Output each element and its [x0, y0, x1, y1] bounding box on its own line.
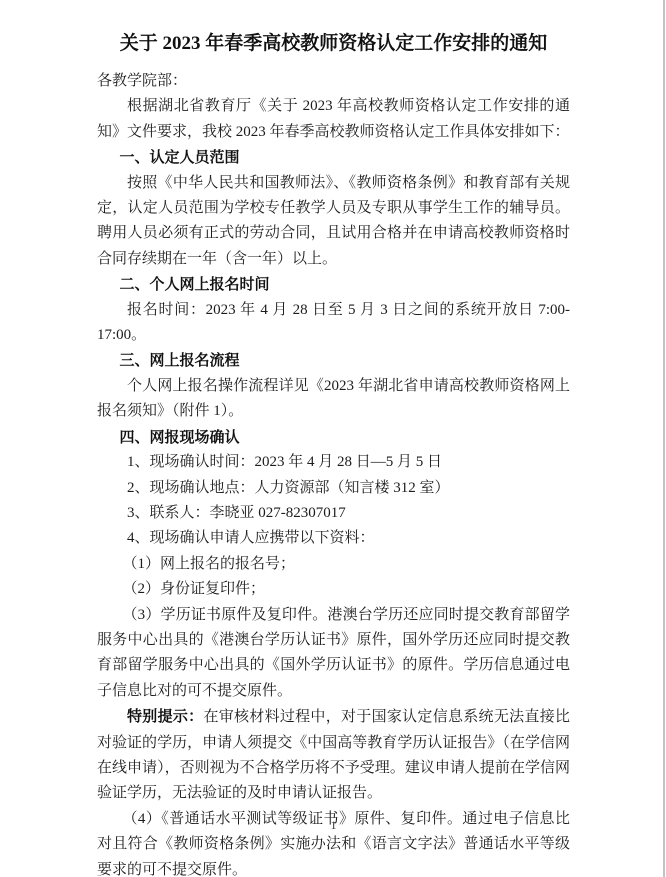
- document-title: 关于 2023 年春季高校教师资格认定工作安排的通知: [97, 30, 570, 58]
- special-note-label: 特别提示：: [127, 707, 203, 725]
- confirmation-item-3: 3、联系人：李晓亚 027-82307017: [97, 501, 570, 526]
- intro-paragraph: 根据湖北省教育厅《关于 2023 年高校教师资格认定工作安排的通知》文件要求，我…: [97, 94, 570, 145]
- confirmation-item-2: 2、现场确认地点：人力资源部（知言楼 312 室）: [97, 476, 570, 501]
- material-item-3: （3）学历证书原件及复印件。港澳台学历还应同时提交教育部留学服务中心出具的《港澳…: [97, 603, 570, 705]
- material-item-1: （1）网上报名的报名号；: [97, 552, 570, 577]
- material-item-2: （2）身份证复印件；: [97, 577, 570, 602]
- page-right-edge-divider: [663, 0, 665, 877]
- section-2-heading: 二、个人网上报名时间: [97, 272, 570, 297]
- page-number: 1: [97, 817, 570, 833]
- confirmation-item-1: 1、现场确认时间：2023 年 4 月 28 日—5 月 5 日: [97, 450, 570, 475]
- section-2-body: 报名时间：2023 年 4 月 28 日至 5 月 3 日之间的系统开放日 7:…: [97, 298, 570, 349]
- section-3-heading: 三、网上报名流程: [97, 348, 570, 373]
- section-1-heading: 一、认定人员范围: [97, 145, 570, 170]
- confirmation-item-4: 4、现场确认申请人应携带以下资料：: [97, 526, 570, 551]
- section-1-body: 按照《中华人民共和国教师法》、《教师资格条例》和教育部有关规定，认定人员范围为学…: [97, 171, 570, 273]
- section-4-heading: 四、网报现场确认: [97, 425, 570, 450]
- document-body: 关于 2023 年春季高校教师资格认定工作安排的通知 各教学院部： 根据湖北省教…: [97, 30, 570, 877]
- section-3-body: 个人网上报名操作流程详见《2023 年湖北省申请高校教师资格网上报名须知》（附件…: [97, 374, 570, 425]
- special-note-paragraph: 特别提示：在审核材料过程中，对于国家认定信息系统无法直接比对验证的学历，申请人须…: [97, 704, 570, 807]
- salutation-line: 各教学院部：: [97, 69, 570, 94]
- document-page: 关于 2023 年春季高校教师资格认定工作安排的通知 各教学院部： 根据湖北省教…: [0, 0, 666, 877]
